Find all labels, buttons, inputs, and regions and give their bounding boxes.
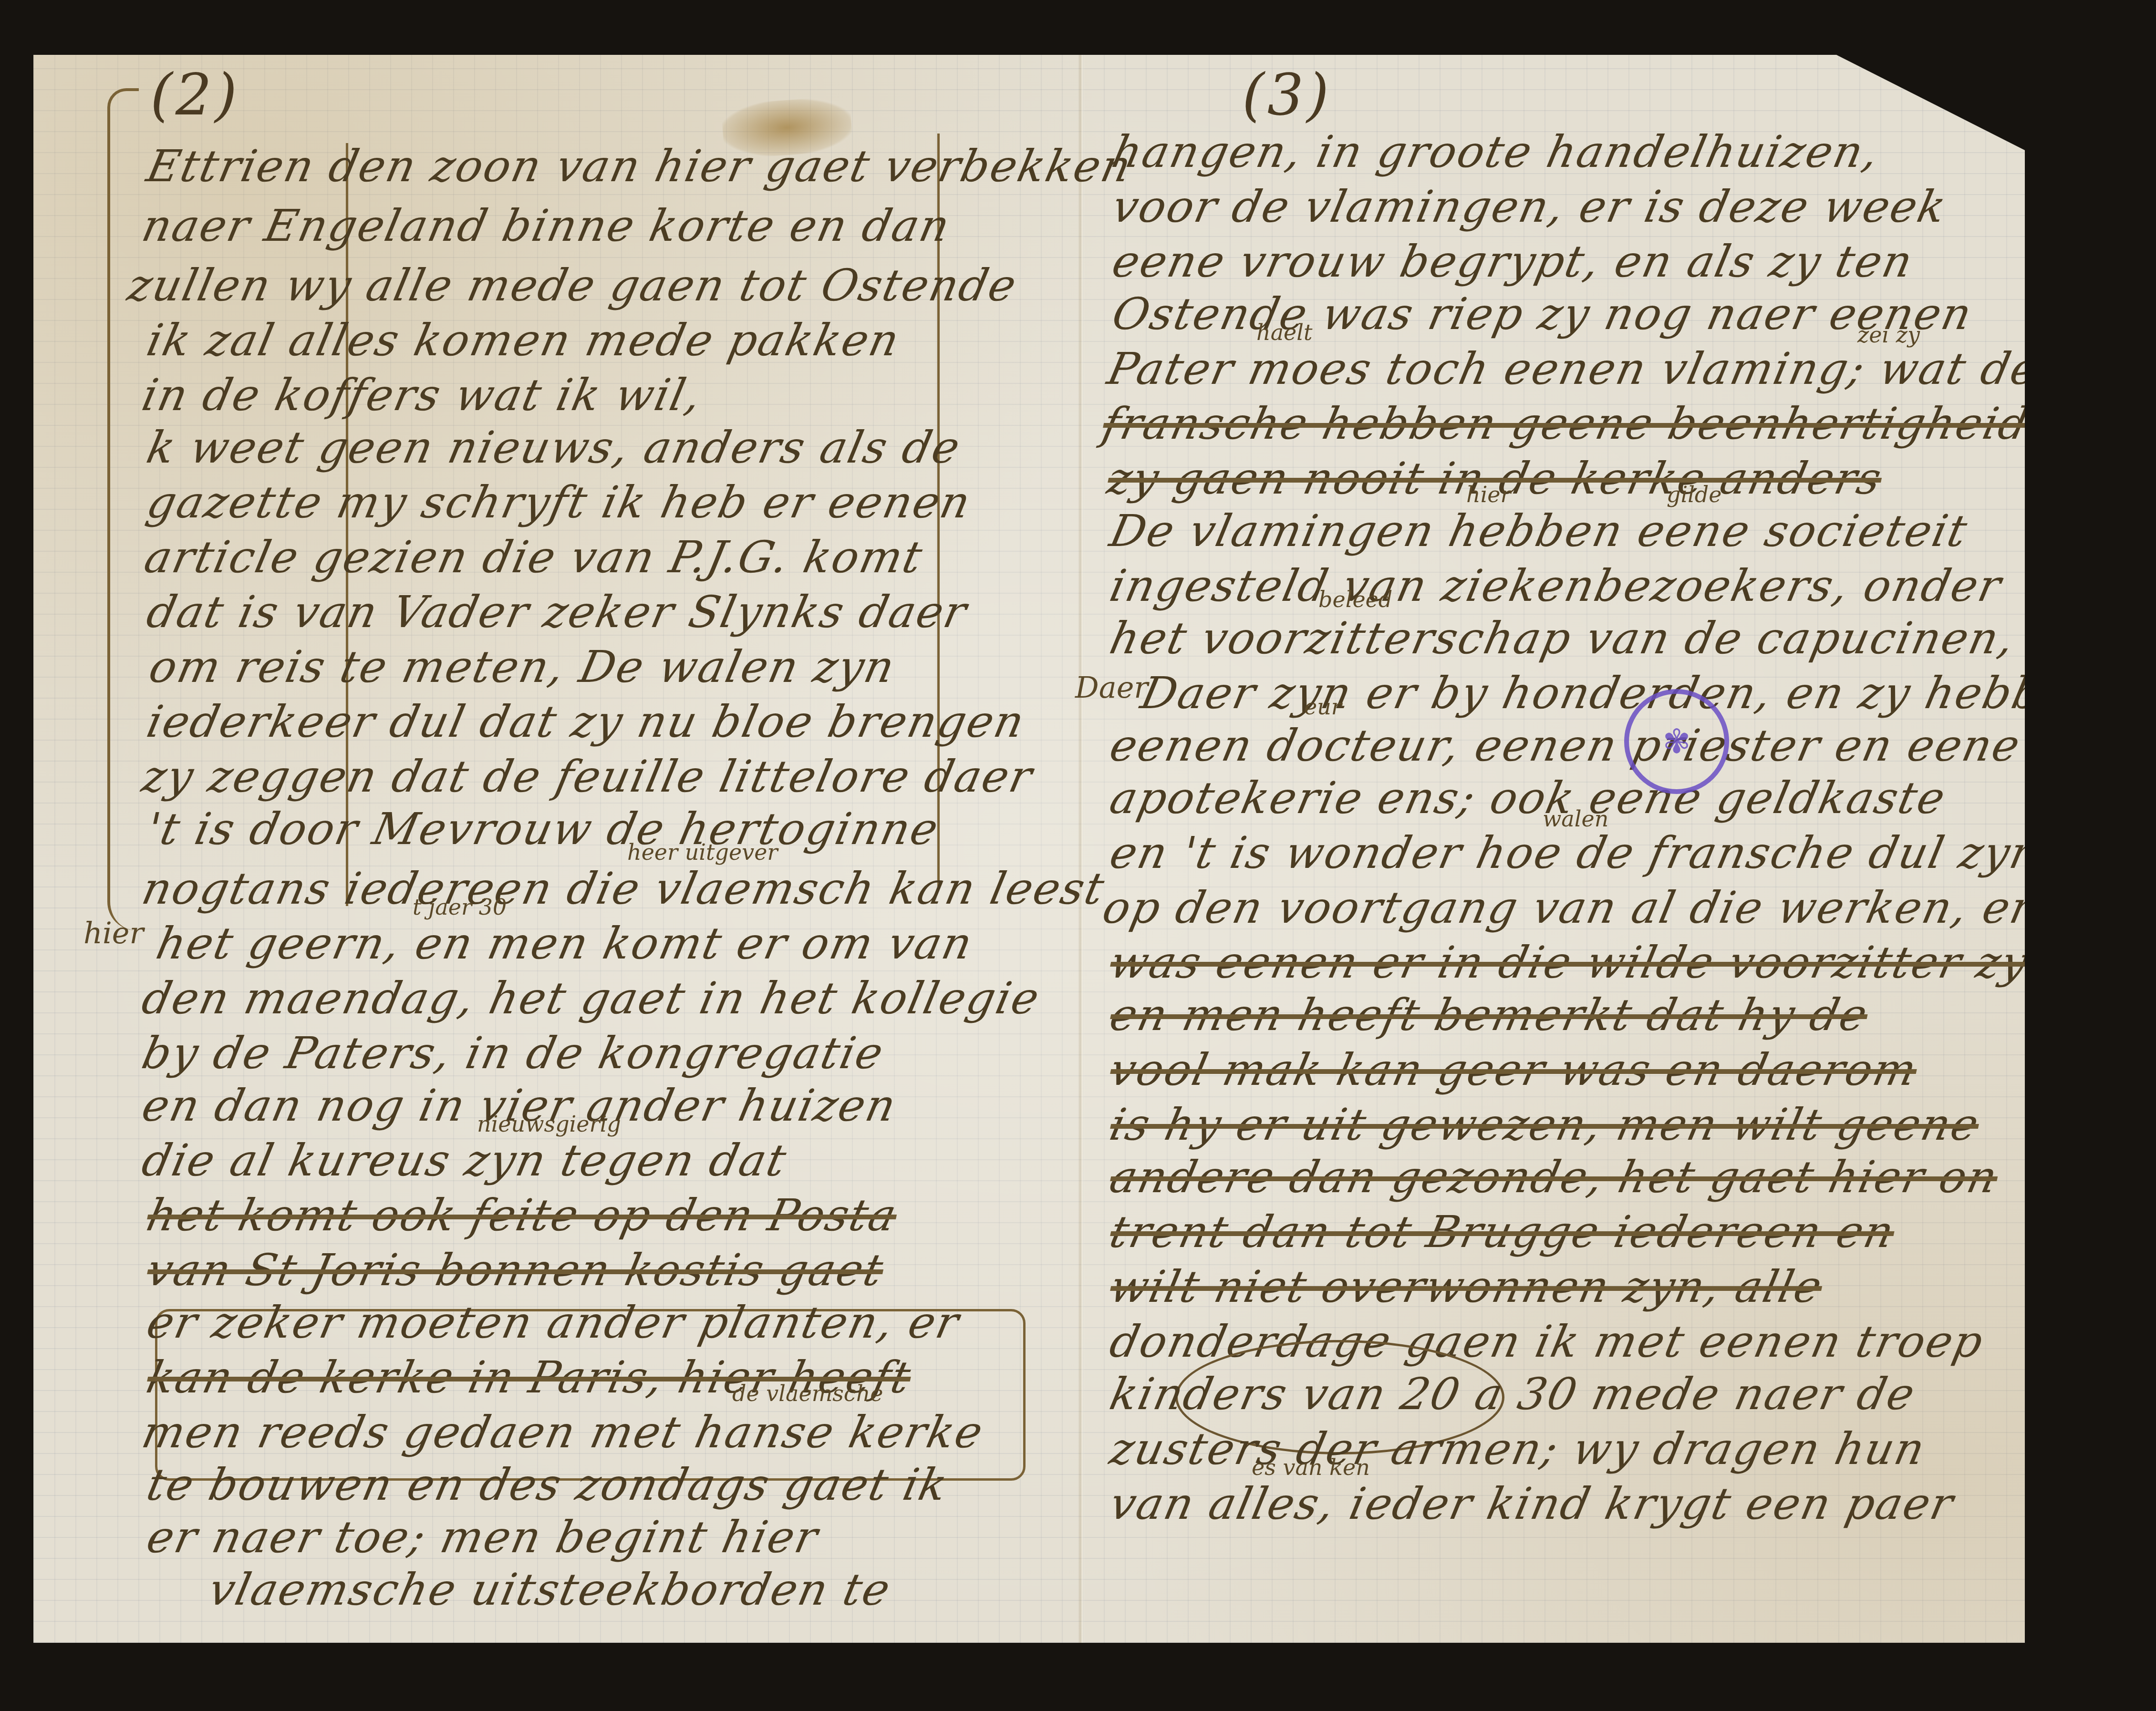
text-line: den maendag, het gaet in het kollegie bbox=[138, 973, 1045, 1024]
inserted-word: haelt bbox=[1256, 320, 1312, 345]
text-line: ingesteld van ziekenbezoekers, onder bbox=[1106, 560, 2007, 611]
text-line: het voorzitterschap van de capucinen, bbox=[1106, 613, 2020, 664]
inserted-word: es van ken bbox=[1252, 1454, 1370, 1480]
inserted-word: gilde bbox=[1667, 482, 1722, 507]
text-line: is hy er uit gewezen, men wilt geene bbox=[1106, 1099, 1984, 1150]
text-line: nogtans iedereen die vlaemsch kan leest bbox=[138, 863, 1110, 914]
text-line: article gezien die van P.J.G. komt bbox=[140, 532, 928, 583]
text-line: en men heeft bemerkt dat hy de bbox=[1106, 989, 1873, 1041]
page-number: (3) bbox=[1242, 62, 1332, 128]
right-page: (3) hangen, in groote handelhuizen, voor… bbox=[1085, 55, 2025, 1643]
text-line: zy zeggen dat de feuille littelore daer bbox=[138, 751, 1038, 802]
margin-note: hier bbox=[83, 916, 144, 950]
text-line: voor de vlamingen, er is deze week bbox=[1108, 181, 1952, 232]
inserted-word: de vlaemsche bbox=[732, 1381, 883, 1406]
text-line: gazette my schryft ik heb er eenen bbox=[143, 477, 976, 528]
inserted-word: heer uitgever bbox=[627, 839, 777, 865]
text-line: was eenen er in die wilde voorzitter zyn bbox=[1106, 937, 2063, 988]
text-line: k weet geen nieuws, anders als de bbox=[143, 422, 966, 473]
scan-background: (2) Ettrien den zoon van hier gaet verbe… bbox=[0, 0, 2156, 1711]
text-line: er zeker moeten ander planten, er bbox=[143, 1297, 964, 1348]
text-line: by de Paters, in de kongregatie bbox=[138, 1028, 889, 1079]
text-line: zullen wy alle mede gaen tot Ostende bbox=[124, 260, 1022, 311]
text-line: andere dan gezonde, het gaet hier on bbox=[1106, 1152, 2003, 1203]
inserted-word: nieuwsgierig bbox=[477, 1111, 621, 1137]
left-page: (2) Ettrien den zoon van hier gaet verbe… bbox=[33, 55, 1078, 1643]
text-line: eenen docteur, eenen priester en eene bbox=[1106, 720, 2026, 771]
text-line: wilt niet overwonnen zyn, alle bbox=[1106, 1261, 1828, 1312]
text-line: hangen, in groote handelhuizen, bbox=[1108, 126, 1885, 177]
text-line: dat is van Vader zeker Slynks daer bbox=[143, 587, 973, 638]
text-line: vool mak kan geer was en daerom bbox=[1106, 1044, 1922, 1095]
center-fold bbox=[1078, 55, 1085, 1643]
margin-note: Daer bbox=[1075, 670, 1148, 705]
text-line: om reis te meten, De walen zyn bbox=[145, 641, 901, 692]
text-line: Pater moes toch eenen vlaming; wat de bbox=[1103, 343, 2044, 394]
text-line: Ettrien den zoon van hier gaet verbekken bbox=[143, 141, 1137, 192]
text-line: 't is door Mevrouw de hertoginne bbox=[143, 804, 944, 855]
text-line: iederkeer dul dat zy nu bloe brengen bbox=[143, 696, 1030, 747]
text-line: De vlamingen hebben eene societeit bbox=[1106, 505, 1973, 557]
text-line: ik zal alles komen mede pakken bbox=[143, 315, 905, 366]
inserted-word: t jaer 30 bbox=[413, 894, 507, 920]
inserted-word: beleed bbox=[1318, 587, 1392, 612]
text-line: trent dan tot Brugge iedereen en bbox=[1106, 1206, 1900, 1257]
bee-emblem-icon: ✾ bbox=[1663, 722, 1691, 761]
text-line: vlaemsche uitsteekborden te bbox=[205, 1564, 896, 1615]
text-line: Daer zyn er by honderden, en zy hebben bbox=[1137, 668, 2105, 719]
text-line: naer Engeland binne korte en dan bbox=[138, 200, 955, 251]
text-line: Ostende was riep zy nog naer eenen bbox=[1108, 289, 1978, 340]
text-line: het komt ook feite op den Posta bbox=[143, 1190, 902, 1241]
text-line: zusters der armen; wy dragen hun bbox=[1106, 1423, 1930, 1474]
letter-sheet: (2) Ettrien den zoon van hier gaet verbe… bbox=[33, 55, 2025, 1643]
text-line: het geern, en men komt er om van bbox=[152, 918, 978, 969]
inserted-word: eur bbox=[1304, 694, 1342, 720]
text-line: eene vrouw begrypt, en als zy ten bbox=[1108, 236, 1918, 287]
text-line: en 't is wonder hoe de fransche dul zyn bbox=[1106, 827, 2046, 878]
text-line: van alles, ieder kind krygt een paer bbox=[1106, 1478, 1959, 1529]
text-line: fransche hebben geene beenhertigheid, bbox=[1099, 398, 2050, 449]
page-number: (2) bbox=[150, 62, 240, 128]
text-line: in de koffers wat ik wil, bbox=[138, 370, 707, 421]
text-line: van St Joris bonnen kostis gaet bbox=[143, 1245, 889, 1296]
text-line: kinders van 20 a 30 mede naer de bbox=[1106, 1369, 1920, 1420]
inserted-word: hier bbox=[1466, 482, 1511, 507]
text-line: apotekerie ens; ook eene geldkaste bbox=[1106, 773, 1951, 824]
text-line: die al kureus zyn tegen dat bbox=[138, 1135, 792, 1186]
margin-bracket bbox=[107, 88, 139, 930]
text-line: men reeds gedaen met hanse kerke bbox=[138, 1407, 989, 1458]
archive-stamp: ✾ bbox=[1624, 689, 1729, 794]
text-line: te bouwen en des zondags gaet ik bbox=[143, 1459, 953, 1510]
text-line: er naer toe; men begint hier bbox=[143, 1512, 824, 1563]
text-line: op den voortgang van al die werken, er bbox=[1099, 882, 2039, 933]
